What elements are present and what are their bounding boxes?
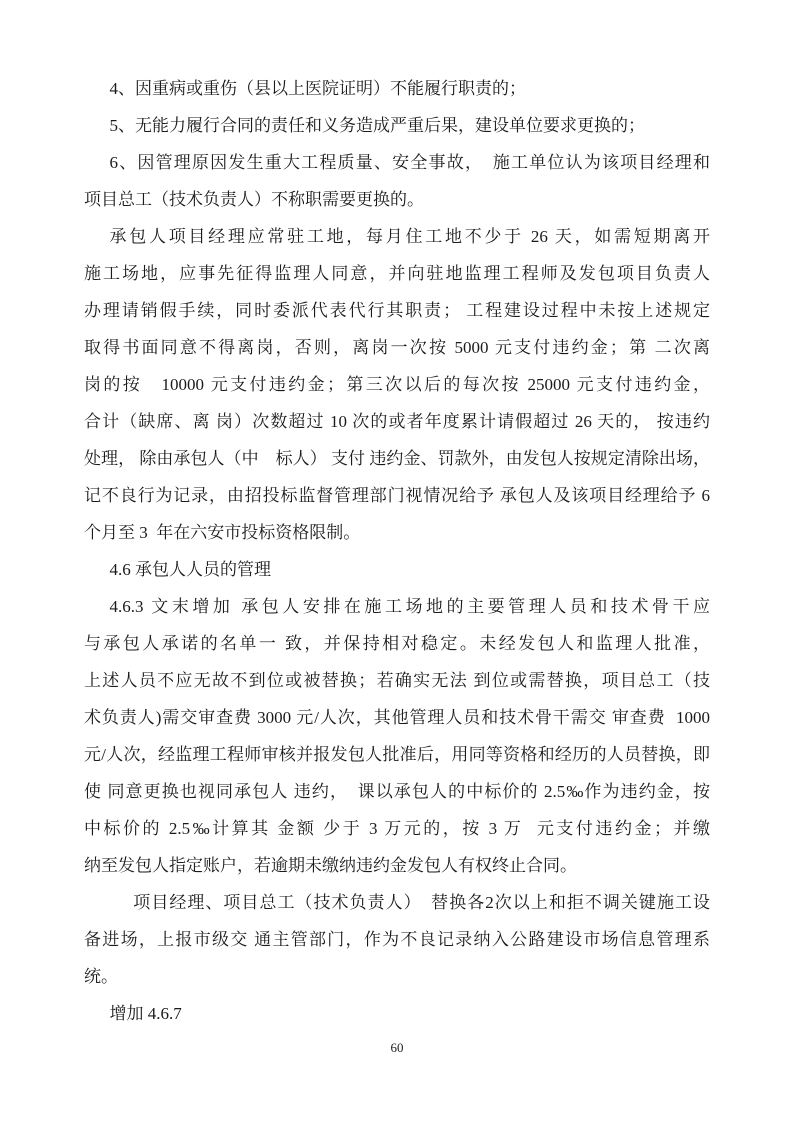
document-page: 4、因重病或重伤（县以上医院证明）不能履行职责的；5、无能力履行合同的责任和义务…: [0, 0, 794, 1122]
text-line: 项目经理、项目总工（技术负责人） 替换各2次以上和拒不调关键施工设: [84, 884, 710, 921]
text-line: 处理， 除由承包人（中 标人） 支付 违约金、罚款外，由发包人按规定清除出场，: [84, 440, 710, 477]
page-number: 60: [0, 1040, 794, 1056]
text-line: 岗的按 10000 元支付违约金；第三次以后的每次按 25000 元支付违约金，: [84, 366, 710, 403]
text-line: 项目总工（技术负责人）不称职需要更换的。: [84, 181, 710, 218]
text-line: 增加 4.6.7: [84, 995, 710, 1032]
text-line: 6、因管理原因发生重大工程质量、安全事故， 施工单位认为该项目经理和: [84, 144, 710, 181]
text-line: 元/人次，经监理工程师审核并报发包人批准后，用同等资格和经历的人员替换，即: [84, 736, 710, 773]
text-line: 中标价的 2.5‰计算其 金额 少于 3 万元的，按 3 万 元支付违约金；并缴: [84, 810, 710, 847]
text-line: 4.6.3 文末增加 承包人安排在施工场地的主要管理人员和技术骨干应: [84, 588, 710, 625]
text-line: 4.6 承包人人员的管理: [84, 551, 710, 588]
text-line: 术负责人)需交审查费 3000 元/人次，其他管理人员和技术骨干需交 审查费 1…: [84, 699, 710, 736]
text-line: 合计（缺席、离 岗）次数超过 10 次的或者年度累计请假超过 26 天的， 按违…: [84, 403, 710, 440]
text-line: 办理请销假手续，同时委派代表代行其职责； 工程建设过程中未按上述规定: [84, 292, 710, 329]
text-line: 纳至发包人指定账户，若逾期未缴纳违约金发包人有权终止合同。: [84, 847, 710, 884]
text-line: 承包人项目经理应常驻工地，每月住工地不少于 26 天，如需短期离开: [84, 218, 710, 255]
text-line: 统。: [84, 958, 710, 995]
text-line: 与承包人承诺的名单一 致，并保持相对稳定。未经发包人和监理人批准，: [84, 625, 710, 662]
text-line: 备进场，上报市级交 通主管部门，作为不良记录纳入公路建设市场信息管理系: [84, 921, 710, 958]
text-line: 使 同意更换也视同承包人 违约， 课以承包人的中标价的 2.5‰作为违约金，按: [84, 773, 710, 810]
text-line: 4、因重病或重伤（县以上医院证明）不能履行职责的；: [84, 70, 710, 107]
text-line: 个月至 3 年在六安市投标资格限制。: [84, 514, 710, 551]
text-line: 上述人员不应无故不到位或被替换；若确实无法 到位或需替换，项目总工（技: [84, 662, 710, 699]
text-line: 记不良行为记录，由招投标监督管理部门视情况给予 承包人及该项目经理给予 6: [84, 477, 710, 514]
text-line: 5、无能力履行合同的责任和义务造成严重后果，建设单位要求更换的；: [84, 107, 710, 144]
document-body: 4、因重病或重伤（县以上医院证明）不能履行职责的；5、无能力履行合同的责任和义务…: [84, 70, 710, 1032]
text-line: 取得书面同意不得离岗，否则，离岗一次按 5000 元支付违约金；第 二次离: [84, 329, 710, 366]
text-line: 施工场地，应事先征得监理人同意，并向驻地监理工程师及发包项目负责人: [84, 255, 710, 292]
